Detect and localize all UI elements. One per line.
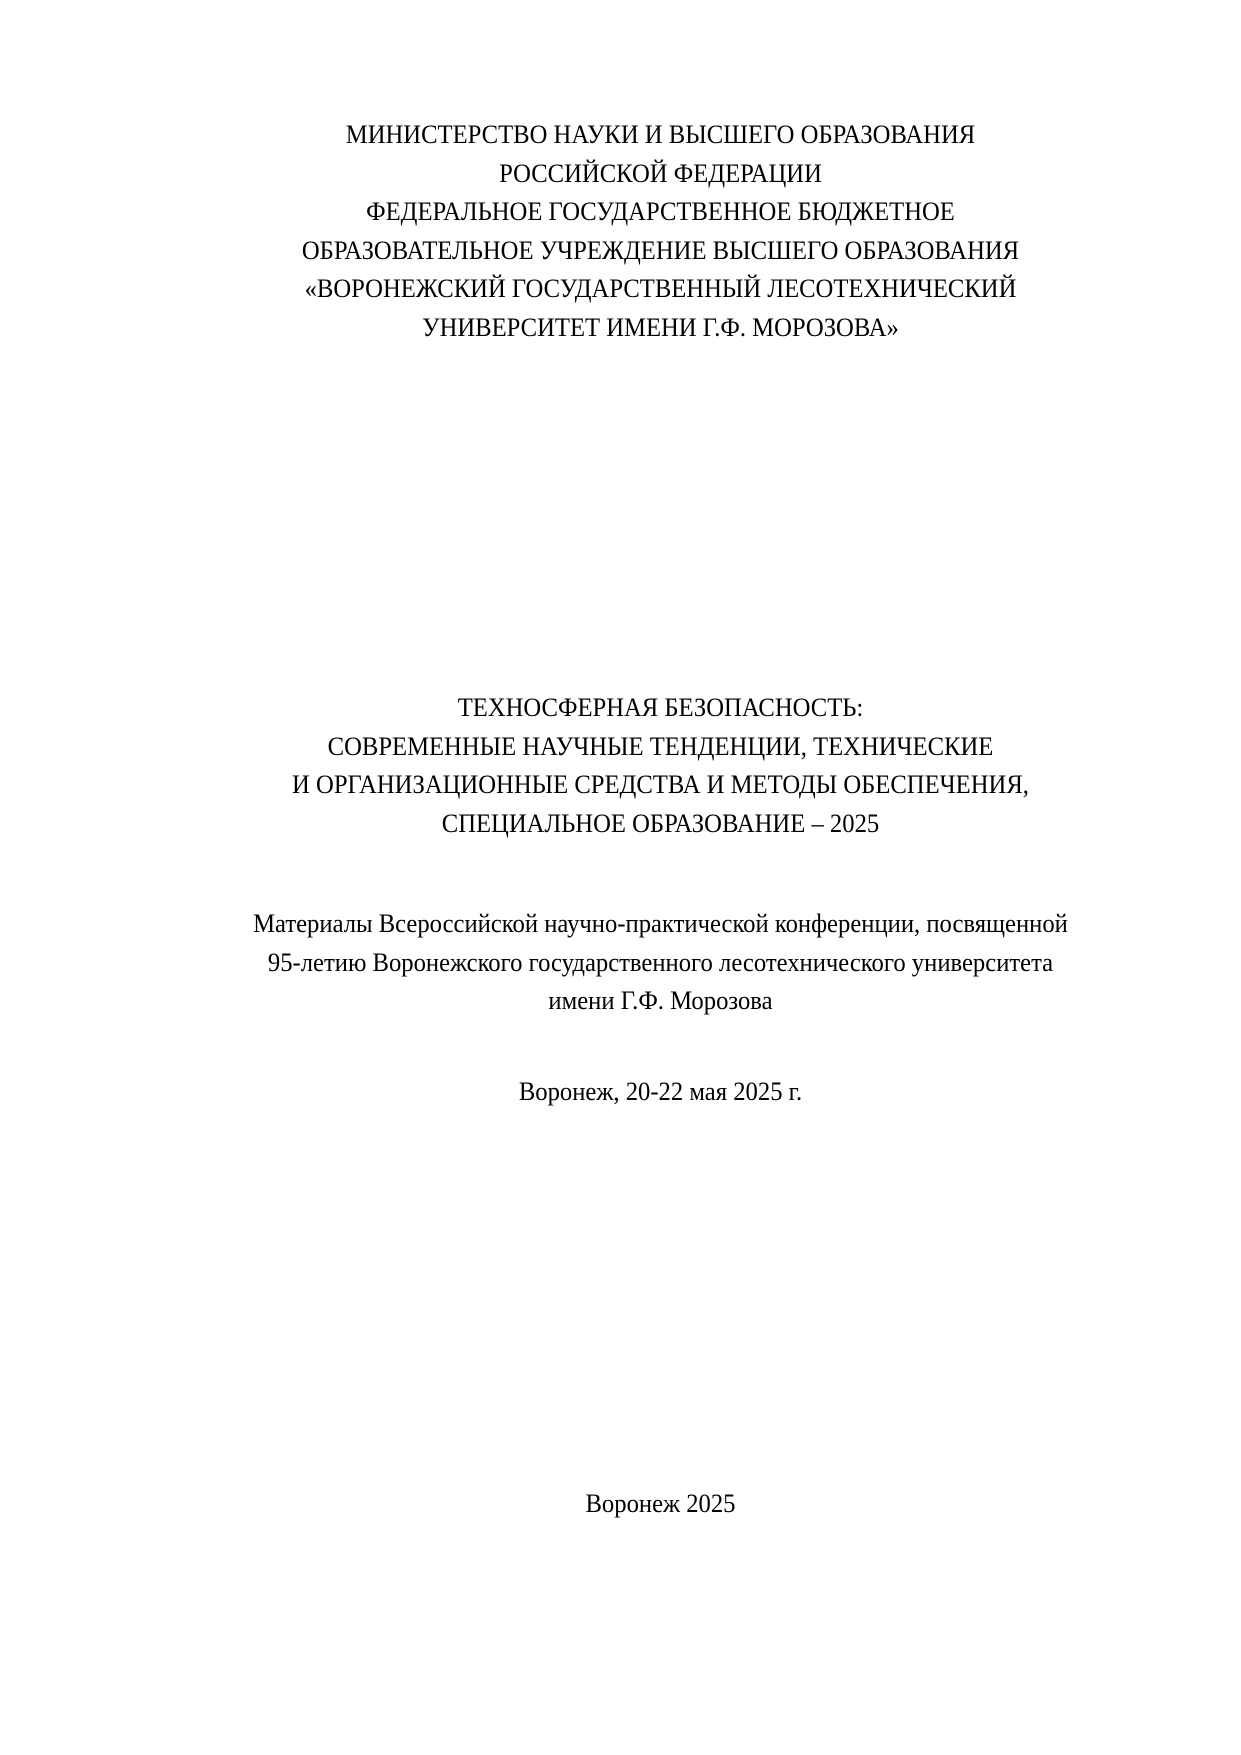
conference-title-line: И ОРГАНИЗАЦИОННЫЕ СРЕДСТВА И МЕТОДЫ ОБЕС… — [83, 765, 1237, 804]
footer-place-year: Воронеж 2025 — [83, 1484, 1237, 1523]
materials-description-line: имени Г.Ф. Морозова — [83, 981, 1237, 1020]
materials-description-line: Материалы Всероссийской научно-практичес… — [83, 904, 1237, 943]
ministry-header-line: МИНИСТЕРСТВО НАУКИ И ВЫСШЕГО ОБРАЗОВАНИЯ — [83, 115, 1237, 154]
conference-title-line: СПЕЦИАЛЬНОЕ ОБРАЗОВАНИЕ – 2025 — [83, 804, 1237, 843]
ministry-header-line: ОБРАЗОВАТЕЛЬНОЕ УЧРЕЖДЕНИЕ ВЫСШЕГО ОБРАЗ… — [83, 231, 1237, 270]
conference-dates-block: Воронеж, 20-22 мая 2025 г. — [0, 1072, 1241, 1111]
materials-description-line: 95-летию Воронежского государственного л… — [83, 943, 1237, 982]
ministry-header-line: ФЕДЕРАЛЬНОЕ ГОСУДАРСТВЕННОЕ БЮДЖЕТНОЕ — [83, 192, 1237, 231]
conference-title-line: СОВРЕМЕННЫЕ НАУЧНЫЕ ТЕНДЕНЦИИ, ТЕХНИЧЕСК… — [83, 727, 1237, 766]
ministry-header-line: «ВОРОНЕЖСКИЙ ГОСУДАРСТВЕННЫЙ ЛЕСОТЕХНИЧЕ… — [83, 269, 1237, 308]
ministry-header: МИНИСТЕРСТВО НАУКИ И ВЫСШЕГО ОБРАЗОВАНИЯ… — [0, 115, 1241, 346]
ministry-header-line: РОССИЙСКОЙ ФЕДЕРАЦИИ — [83, 154, 1237, 193]
conference-title-line: ТЕХНОСФЕРНАЯ БЕЗОПАСНОСТЬ: — [83, 688, 1237, 727]
conference-title: ТЕХНОСФЕРНАЯ БЕЗОПАСНОСТЬ: СОВРЕМЕННЫЕ Н… — [0, 688, 1241, 842]
footer-block: Воронеж 2025 — [0, 1484, 1241, 1523]
materials-description: Материалы Всероссийской научно-практичес… — [0, 904, 1241, 1020]
document-page: МИНИСТЕРСТВО НАУКИ И ВЫСШЕГО ОБРАЗОВАНИЯ… — [0, 0, 1241, 1755]
conference-dates: Воронеж, 20-22 мая 2025 г. — [83, 1072, 1237, 1111]
ministry-header-line: УНИВЕРСИТЕТ ИМЕНИ Г.Ф. МОРОЗОВА» — [83, 308, 1237, 347]
